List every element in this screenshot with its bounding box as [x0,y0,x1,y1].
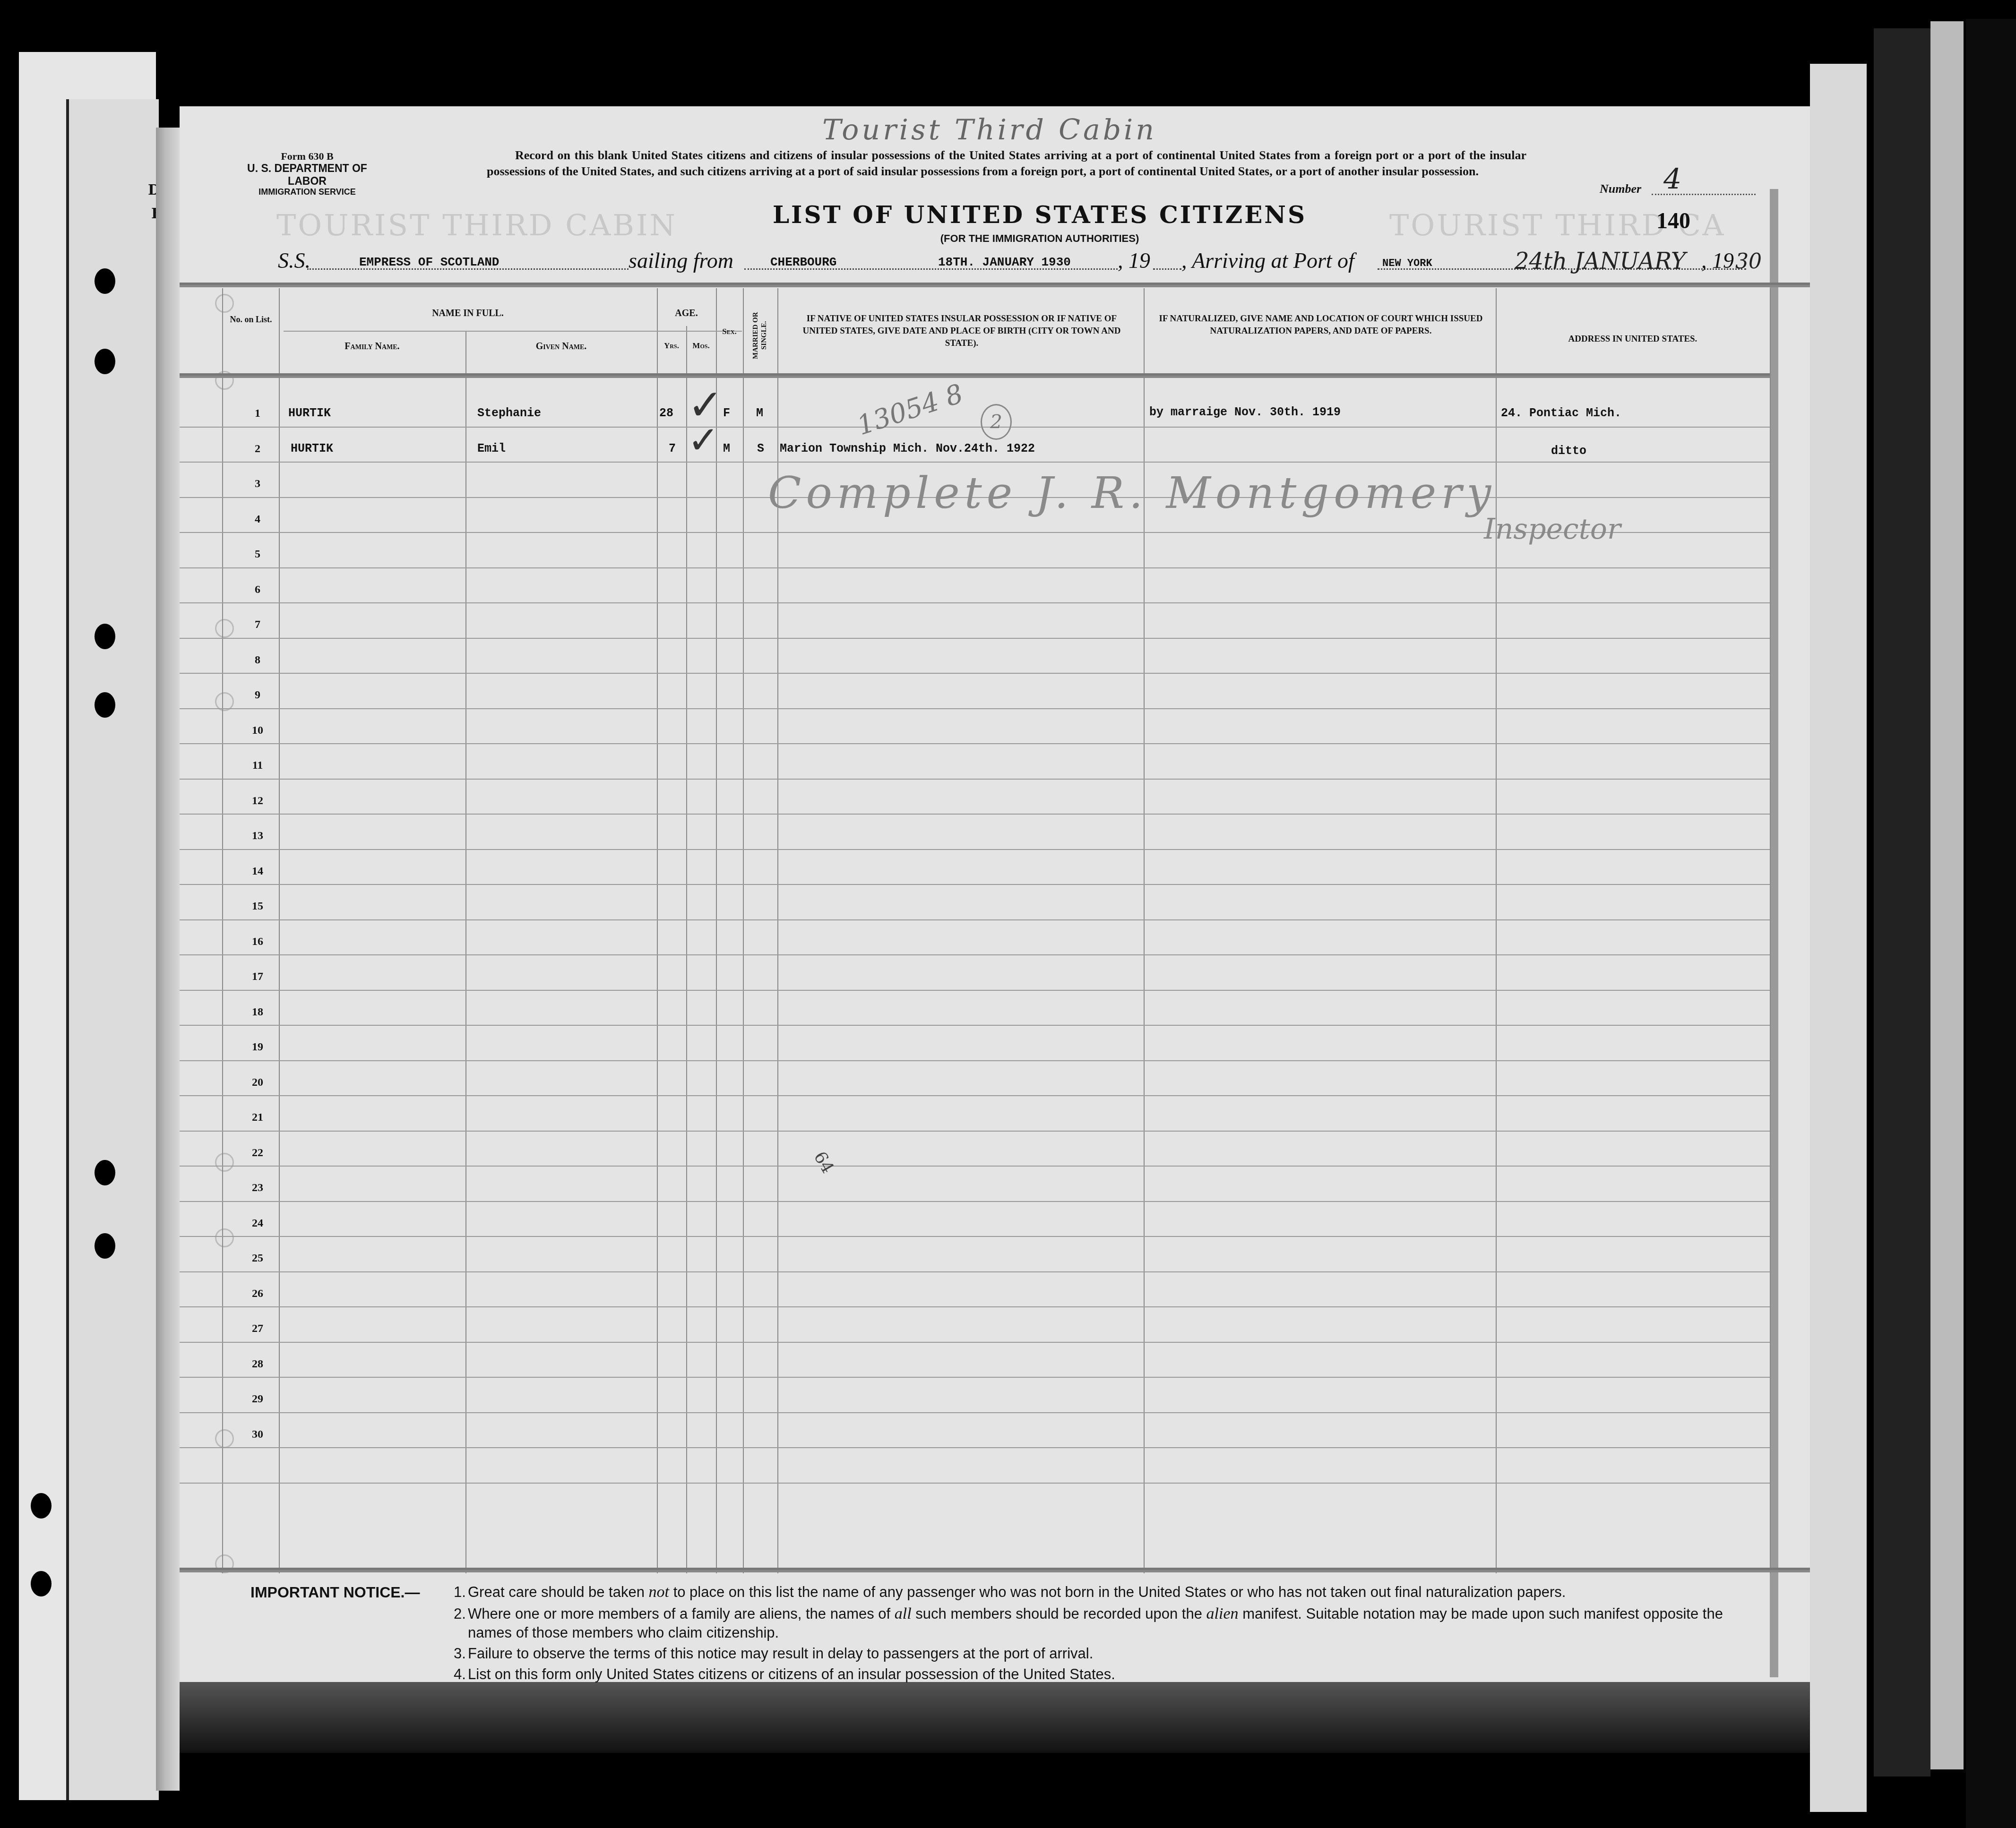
arriving-label: , Arriving at Port of [1181,248,1354,273]
port-arrival[interactable]: NEW YORK [1382,257,1432,269]
row-number: 27 [234,1322,281,1335]
punch-hole [95,692,115,718]
naturalized-cell[interactable]: by marraige Nov. 30th. 1919 [1149,405,1341,419]
sex-cell[interactable]: M [723,442,730,455]
row-number: 16 [234,935,281,948]
important-notice: IMPORTANT NOTICE.— 1. Great care should … [250,1583,1734,1684]
sex-cell[interactable]: F [723,406,730,420]
right-margin-strip [1810,64,1867,1812]
punch-hole [95,1160,115,1185]
name-subheader-rule [284,331,742,332]
inspector-signature: Complete J. R. Montgomery [768,468,1496,518]
row-number: 11 [234,759,281,772]
notice-item-2: 2. Where one or more members of a family… [250,1605,1734,1642]
handwritten-class-note: Tourist Third Cabin [822,113,1157,146]
pencil-circled-number: 2 [981,404,1012,440]
marital-cell[interactable]: M [756,406,763,420]
notice-item-3: 3. Failure to observe the terms of this … [250,1644,1734,1663]
header-age: AGE. [657,307,716,319]
row-number: 10 [234,724,281,737]
header-no-on-list: No. on List. [223,314,279,325]
row-number: 9 [234,689,281,702]
number-handwritten: 4 [1663,163,1681,196]
page-title: LIST OF UNITED STATES CITIZENS [473,201,1607,229]
header-family-name: Family Name. [279,341,465,352]
number-label: Number [1600,182,1641,196]
sailing-from-label: sailing from [629,248,733,273]
form-number: Form 630 B [236,150,378,162]
row-number: 13 [234,830,281,842]
department-name: U. S. DEPARTMENT OF LABOR [236,162,378,187]
row-number: 8 [234,654,281,667]
header-top-rule [180,283,1810,287]
header-yrs: Yrs. [657,341,686,351]
row-number: 14 [234,865,281,878]
year-prefix-1: , 19 [1118,248,1150,273]
punch-hole [95,349,115,374]
arrival-year-suffix[interactable]: 30 [1735,249,1762,274]
torn-bottom-edge [180,1682,1810,1753]
row-number: 26 [234,1287,281,1300]
age-years-cell[interactable]: 28 [659,406,673,420]
col-divider [657,288,658,1573]
table-bottom-rule [180,1568,1810,1572]
year-prefix-2: , 19 [1701,248,1734,273]
family-name-cell[interactable]: HURTIK [288,406,331,420]
row-number: 24 [234,1217,281,1230]
row-number: 2 [234,443,281,455]
col-divider [686,326,687,1573]
ring-reinforcement [215,1429,234,1448]
page-subtitle: (FOR THE IMMIGRATION AUTHORITIES) [662,232,1418,245]
ring-reinforcement [215,619,234,638]
family-name-cell[interactable]: HURTIK [291,442,333,455]
col-divider [1496,288,1497,1573]
marital-cell[interactable]: S [757,442,764,455]
col-divider [222,288,223,1573]
ring-reinforcement [215,1228,234,1247]
sailing-date[interactable]: 18TH. JANUARY 1930 [938,255,1071,269]
punch-hole [95,624,115,649]
row-number: 15 [234,900,281,913]
native-birth-cell[interactable]: Marion Township Mich. Nov.24th. 1922 [780,442,1035,455]
film-edge-dark [1874,28,1930,1777]
binder-edge [156,128,180,1791]
header-address: ADDRESS IN UNITED STATES. [1496,333,1770,345]
row-number: 20 [234,1076,281,1089]
given-name-cell[interactable]: Stephanie [477,406,541,420]
form-identification: Form 630 B U. S. DEPARTMENT OF LABOR IMM… [236,150,378,197]
row-number: 17 [234,970,281,983]
address-cell[interactable]: ditto [1551,444,1586,458]
punch-hole [95,268,115,294]
header-naturalized: IF NATURALIZED, GIVE NAME AND LOCATION O… [1153,313,1489,337]
record-instructions: Record on this blank United States citiz… [487,147,1526,180]
inspector-title: Inspector [1484,513,1621,546]
given-name-cell[interactable]: Emil [477,442,506,455]
notice-item-1: IMPORTANT NOTICE.— 1. Great care should … [250,1583,1734,1602]
row-number: 6 [234,584,281,596]
punch-hole [31,1493,52,1519]
col-divider [743,288,744,1573]
col-divider [716,288,717,1573]
ring-reinforcement [215,294,234,313]
row-number: 1 [234,407,281,420]
header-married-or-single: MARRIED OR SINGLE. [751,302,770,369]
row-number: 29 [234,1393,281,1406]
row-number: 4 [234,513,281,526]
punch-hole [31,1571,52,1596]
row-number: 30 [234,1428,281,1441]
row-number: 28 [234,1358,281,1371]
row-number: 19 [234,1041,281,1054]
address-cell[interactable]: 24. Pontiac Mich. [1501,406,1621,420]
check-mark-icon: ✓ [688,418,719,462]
row-number: 21 [234,1111,281,1124]
row-number: 25 [234,1252,281,1265]
col-divider [1770,288,1771,1573]
age-years-cell[interactable]: 7 [669,442,676,455]
header-sex: Sex. [716,327,743,336]
row-number: 7 [234,618,281,631]
header-name-in-full: NAME IN FULL. [279,307,657,319]
row-number: 3 [234,478,281,490]
ss-label: S.S. [278,248,310,273]
notice-item-4: 4. List on this form only United States … [250,1665,1734,1684]
header-bottom-rule [180,373,1770,378]
port-from[interactable]: CHERBOURG [770,255,836,269]
service-name: IMMIGRATION SERVICE [236,187,378,197]
col-divider [465,331,466,1573]
punch-hole [95,1233,115,1259]
ring-reinforcement [215,1153,234,1172]
header-given-name: Given Name. [465,341,657,352]
row-number: 23 [234,1182,281,1194]
notice-lead: IMPORTANT NOTICE.— [250,1583,420,1602]
row-number: 18 [234,1006,281,1019]
header-mos: Mos. [686,341,716,351]
row-number: 12 [234,795,281,807]
arrival-date[interactable]: 24th JANUARY [1515,248,1686,275]
header-native-birth: IF NATIVE OF UNITED STATES INSULAR POSSE… [789,313,1134,350]
number-stamped: 140 [1656,208,1690,234]
year-line-1 [1153,268,1181,270]
row-number: 5 [234,548,281,561]
sheet-right-margin-line [1770,189,1778,1677]
row-number: 22 [234,1147,281,1159]
film-edge-light [1930,21,1964,1769]
ship-name[interactable]: EMPRESS OF SCOTLAND [359,255,499,269]
film-edge-outer [1966,19,2016,1828]
